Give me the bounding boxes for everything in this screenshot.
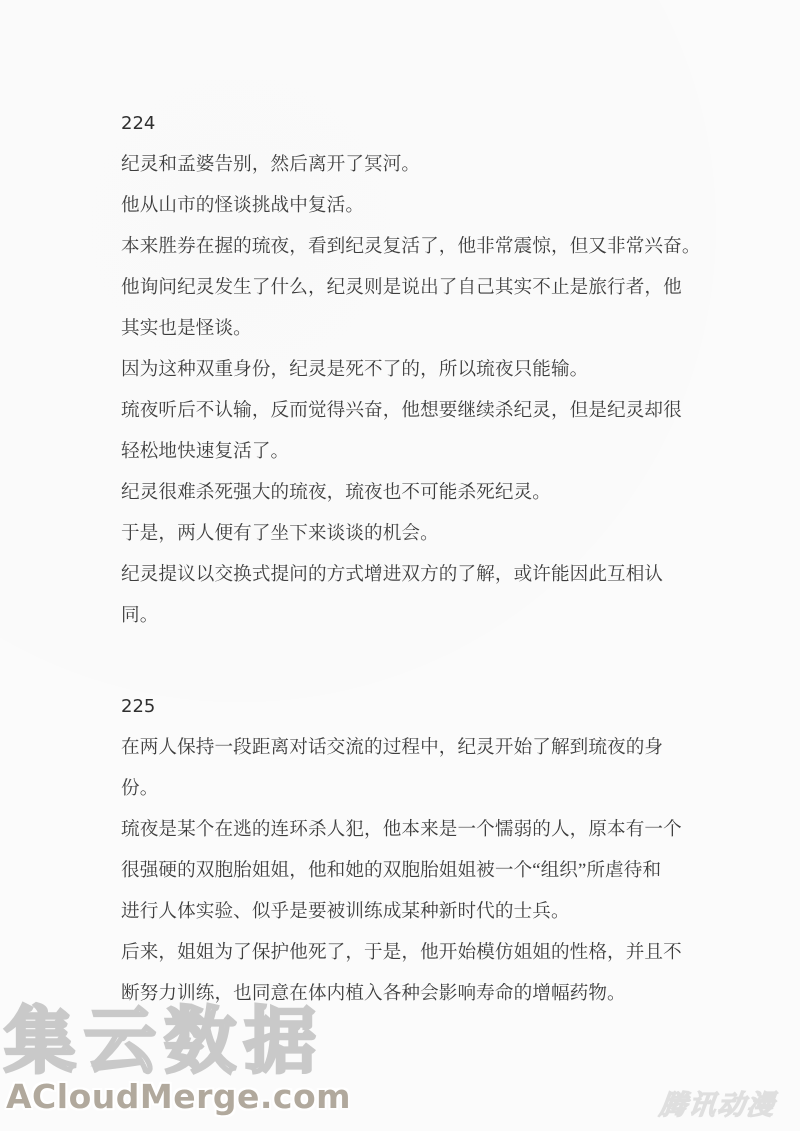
text-line: 很强硬的双胞胎姐姐，他和她的双胞胎姐姐被一个“组织”所虐待和 — [121, 850, 701, 891]
text-line: 他询问纪灵发生了什么，纪灵则是说出了自己其实不止是旅行者，他 — [121, 267, 701, 308]
text-line: 份。 — [121, 768, 701, 809]
text-line: 纪灵很难杀死强大的琉夜，琉夜也不可能杀死纪灵。 — [121, 472, 701, 513]
text-line: 本来胜券在握的琉夜，看到纪灵复活了，他非常震惊，但又非常兴奋。 — [121, 226, 701, 267]
document-page: 224 纪灵和孟婆告别，然后离开了冥河。 他从山市的怪谈挑战中复活。 本来胜券在… — [0, 0, 800, 1131]
text-line: 后来，姐姐为了保护他死了，于是，他开始模仿姐姐的性格，并且不 — [121, 932, 701, 973]
text-line: 因为这种双重身份，纪灵是死不了的，所以琉夜只能输。 — [121, 349, 701, 390]
text-line: 于是，两人便有了坐下来谈谈的机会。 — [121, 513, 701, 554]
text-line: 进行人体实验、似乎是要被训练成某种新时代的士兵。 — [121, 891, 701, 932]
section-number: 225 — [121, 686, 701, 727]
section-225: 225 在两人保持一段距离对话交流的过程中，纪灵开始了解到琉夜的身 份。 琉夜是… — [121, 686, 701, 1014]
watermark-url-text: ACloudMerge.com — [6, 1080, 351, 1114]
watermark: 集云数据 ACloudMerge.com — [4, 1000, 351, 1114]
text-content: 224 纪灵和孟婆告别，然后离开了冥河。 他从山市的怪谈挑战中复活。 本来胜券在… — [121, 103, 701, 1014]
text-line: 同。 — [121, 595, 701, 636]
section-number: 224 — [121, 103, 701, 144]
text-line: 琉夜听后不认输，反而觉得兴奋，他想要继续杀纪灵，但是纪灵却很 — [121, 390, 701, 431]
text-line: 琉夜是某个在逃的连环杀人犯，他本来是一个懦弱的人，原本有一个 — [121, 809, 701, 850]
text-line: 纪灵和孟婆告别，然后离开了冥河。 — [121, 144, 701, 185]
publisher-logo: 腾讯动漫 — [658, 1083, 779, 1122]
section-224: 224 纪灵和孟婆告别，然后离开了冥河。 他从山市的怪谈挑战中复活。 本来胜券在… — [121, 103, 701, 636]
text-line: 纪灵提议以交换式提问的方式增进双方的了解，或许能因此互相认 — [121, 554, 701, 595]
text-line: 他从山市的怪谈挑战中复活。 — [121, 185, 701, 226]
text-line: 断努力训练，也同意在体内植入各种会影响寿命的增幅药物。 — [121, 973, 701, 1014]
text-line: 其实也是怪谈。 — [121, 308, 701, 349]
text-line: 在两人保持一段距离对话交流的过程中，纪灵开始了解到琉夜的身 — [121, 727, 701, 768]
text-line: 轻松地快速复活了。 — [121, 431, 701, 472]
